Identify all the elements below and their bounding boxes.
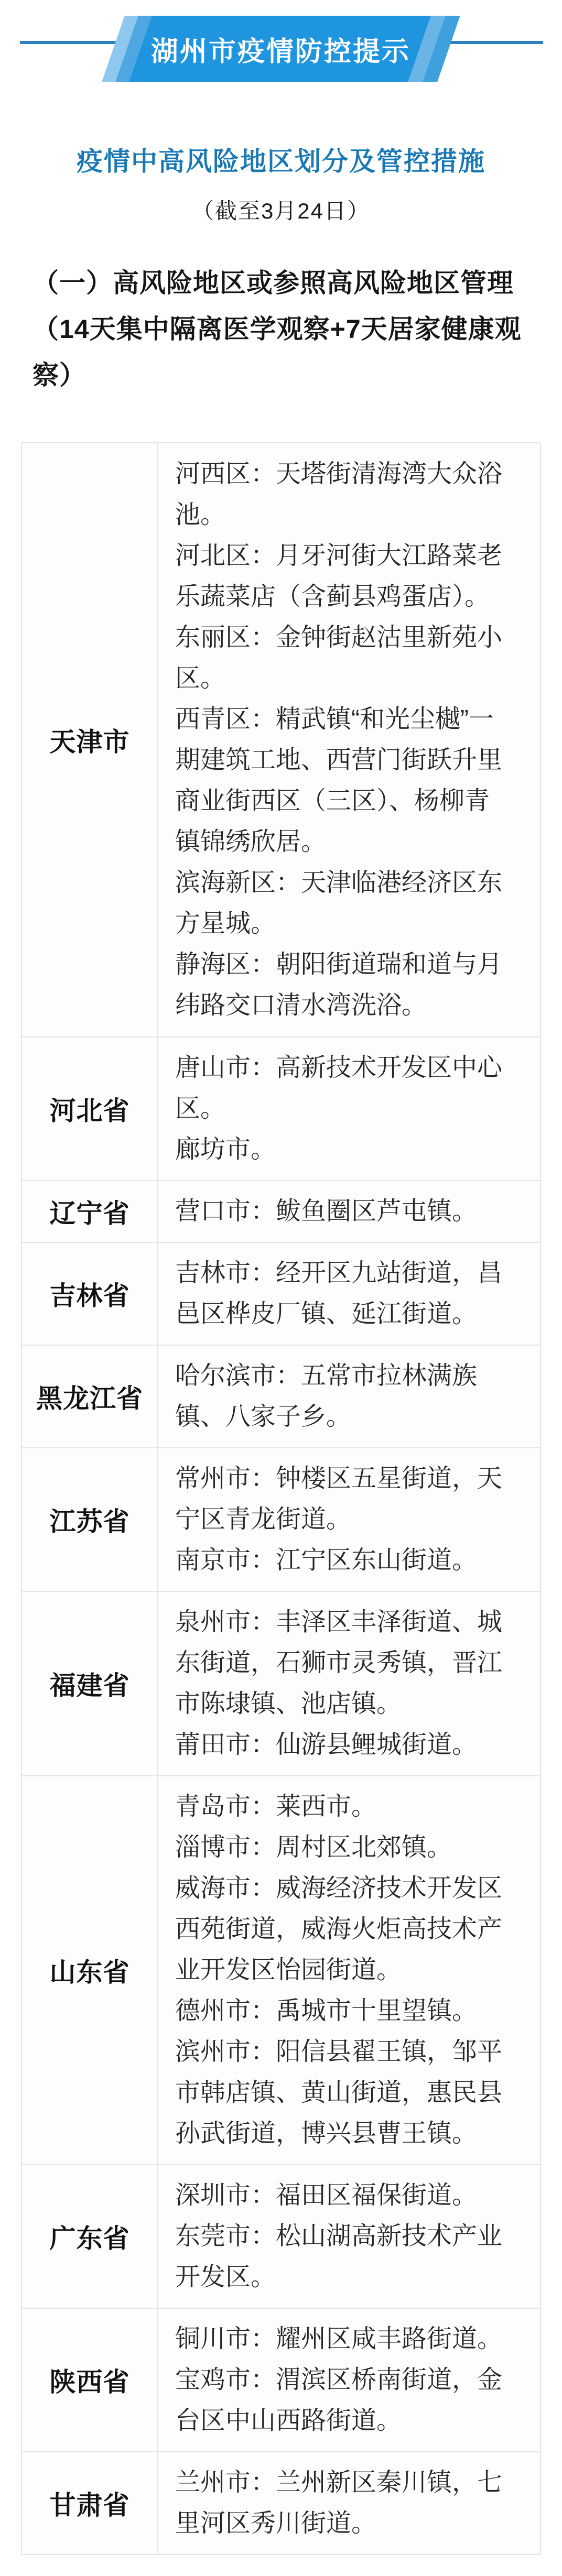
detail-paragraph: 哈尔滨市：五常市拉林满族镇、八家子乡。	[175, 1356, 511, 1437]
table-row: 山东省青岛市：莱西市。淄博市：周村区北郊镇。威海市：威海经济技术开发区西苑街道，…	[22, 1775, 540, 2164]
detail-paragraph: 泉州市：丰泽区丰泽街道、城东街道，石狮市灵秀镇，晋江市陈埭镇、池店镇。	[175, 1602, 511, 1724]
province-cell: 福建省	[22, 1591, 158, 1775]
page-title: 疫情中高风险地区划分及管控措施	[0, 140, 562, 178]
detail-paragraph: 深圳市：福田区福保街道。	[175, 2175, 511, 2216]
detail-paragraph: 河西区：天塔街清海湾大众浴池。	[175, 454, 511, 536]
province-cell: 甘肃省	[22, 2451, 158, 2554]
detail-paragraph: 淄博市：周村区北郊镇。	[175, 1827, 511, 1868]
detail-paragraph: 营口市：鲅鱼圈区芦屯镇。	[175, 1191, 511, 1232]
details-cell: 泉州市：丰泽区丰泽街道、城东街道，石狮市灵秀镇，晋江市陈埭镇、池店镇。莆田市：仙…	[158, 1591, 540, 1775]
detail-paragraph: 吉林市：经开区九站街道，昌邑区桦皮厂镇、延江街道。	[175, 1253, 511, 1335]
detail-paragraph: 威海市：威海经济技术开发区西苑街道，威海火炬高技术产业开发区怡园街道。	[175, 1868, 511, 1991]
details-cell: 唐山市：高新技术开发区中心区。廊坊市。	[158, 1036, 540, 1180]
province-cell: 黑龙江省	[22, 1345, 158, 1447]
table-row: 黑龙江省哈尔滨市：五常市拉林满族镇、八家子乡。	[22, 1345, 540, 1447]
section-heading: （一）高风险地区或参照高风险地区管理（14天集中隔离医学观察+7天居家健康观察）	[33, 260, 546, 398]
detail-paragraph: 静海区：朝阳街道瑞和道与月纬路交口清水湾洗浴。	[175, 944, 511, 1026]
table-row: 河北省唐山市：高新技术开发区中心区。廊坊市。	[22, 1036, 540, 1180]
detail-paragraph: 南京市：江宁区东山街道。	[175, 1540, 511, 1581]
detail-paragraph: 廊坊市。	[175, 1129, 511, 1170]
detail-paragraph: 兰州市：兰州新区秦川镇，七里河区秀川街道。	[175, 2462, 511, 2544]
detail-paragraph: 德州市：禹城市十里望镇。	[175, 1991, 511, 2032]
detail-paragraph: 莆田市：仙游县鲤城街道。	[175, 1724, 511, 1765]
detail-paragraph: 铜川市：耀州区咸丰路街道。	[175, 2319, 511, 2360]
risk-area-table: 天津市河西区：天塔街清海湾大众浴池。河北区：月牙河街大江路菜老乐蔬菜店（含蓟县鸡…	[21, 442, 541, 2555]
detail-paragraph: 东丽区：金钟街赵沽里新苑小区。	[175, 617, 511, 699]
banner-ribbon: 湖州市疫情防控提示	[102, 16, 460, 82]
table-row: 吉林省吉林市：经开区九站街道，昌邑区桦皮厂镇、延江街道。	[22, 1242, 540, 1345]
detail-paragraph: 唐山市：高新技术开发区中心区。	[175, 1047, 511, 1129]
page: 湖州市疫情防控提示 疫情中高风险地区划分及管控措施 （截至3月24日） （一）高…	[0, 0, 562, 2576]
province-cell: 吉林省	[22, 1242, 158, 1345]
detail-paragraph: 青岛市：莱西市。	[175, 1786, 511, 1827]
detail-paragraph: 西青区：精武镇“和光尘樾”一期建筑工地、西营门街跃升里商业街西区（三区）、杨柳青…	[175, 699, 511, 863]
table-row: 甘肃省兰州市：兰州新区秦川镇，七里河区秀川街道。	[22, 2451, 540, 2554]
banner-title: 湖州市疫情防控提示	[151, 29, 410, 69]
banner-row: 湖州市疫情防控提示	[0, 0, 562, 82]
details-cell: 铜川市：耀州区咸丰路街道。宝鸡市：渭滨区桥南街道，金台区中山西路街道。	[158, 2308, 540, 2451]
province-cell: 天津市	[22, 443, 158, 1036]
detail-paragraph: 常州市：钟楼区五星街道，天宁区青龙街道。	[175, 1458, 511, 1540]
table-row: 江苏省常州市：钟楼区五星街道，天宁区青龙街道。南京市：江宁区东山街道。	[22, 1447, 540, 1591]
table-row: 福建省泉州市：丰泽区丰泽街道、城东街道，石狮市灵秀镇，晋江市陈埭镇、池店镇。莆田…	[22, 1591, 540, 1775]
province-cell: 陕西省	[22, 2308, 158, 2451]
province-cell: 江苏省	[22, 1447, 158, 1591]
province-cell: 辽宁省	[22, 1180, 158, 1242]
table-row: 陕西省铜川市：耀州区咸丰路街道。宝鸡市：渭滨区桥南街道，金台区中山西路街道。	[22, 2308, 540, 2451]
detail-paragraph: 河北区：月牙河街大江路菜老乐蔬菜店（含蓟县鸡蛋店）。	[175, 536, 511, 617]
details-cell: 营口市：鲅鱼圈区芦屯镇。	[158, 1180, 540, 1242]
province-cell: 广东省	[22, 2164, 158, 2308]
details-cell: 青岛市：莱西市。淄博市：周村区北郊镇。威海市：威海经济技术开发区西苑街道，威海火…	[158, 1775, 540, 2164]
details-cell: 兰州市：兰州新区秦川镇，七里河区秀川街道。	[158, 2451, 540, 2554]
table-row: 天津市河西区：天塔街清海湾大众浴池。河北区：月牙河街大江路菜老乐蔬菜店（含蓟县鸡…	[22, 443, 540, 1036]
date-note: （截至3月24日）	[0, 194, 562, 225]
detail-paragraph: 东莞市：松山湖高新技术产业开发区。	[175, 2216, 511, 2298]
province-cell: 河北省	[22, 1036, 158, 1180]
province-cell: 山东省	[22, 1775, 158, 2164]
detail-paragraph: 滨海新区：天津临港经济区东方星城。	[175, 863, 511, 944]
details-cell: 河西区：天塔街清海湾大众浴池。河北区：月牙河街大江路菜老乐蔬菜店（含蓟县鸡蛋店）…	[158, 443, 540, 1036]
banner-left-line	[20, 41, 117, 44]
details-cell: 吉林市：经开区九站街道，昌邑区桦皮厂镇、延江街道。	[158, 1242, 540, 1345]
details-cell: 常州市：钟楼区五星街道，天宁区青龙街道。南京市：江宁区东山街道。	[158, 1447, 540, 1591]
details-cell: 深圳市：福田区福保街道。东莞市：松山湖高新技术产业开发区。	[158, 2164, 540, 2308]
detail-paragraph: 滨州市：阳信县翟王镇，邹平市韩店镇、黄山街道，惠民县孙武街道，博兴县曹王镇。	[175, 2032, 511, 2154]
detail-paragraph: 宝鸡市：渭滨区桥南街道，金台区中山西路街道。	[175, 2360, 511, 2441]
details-cell: 哈尔滨市：五常市拉林满族镇、八家子乡。	[158, 1345, 540, 1447]
banner-right-line	[450, 41, 543, 44]
table-row: 辽宁省营口市：鲅鱼圈区芦屯镇。	[22, 1180, 540, 1242]
table-row: 广东省深圳市：福田区福保街道。东莞市：松山湖高新技术产业开发区。	[22, 2164, 540, 2308]
